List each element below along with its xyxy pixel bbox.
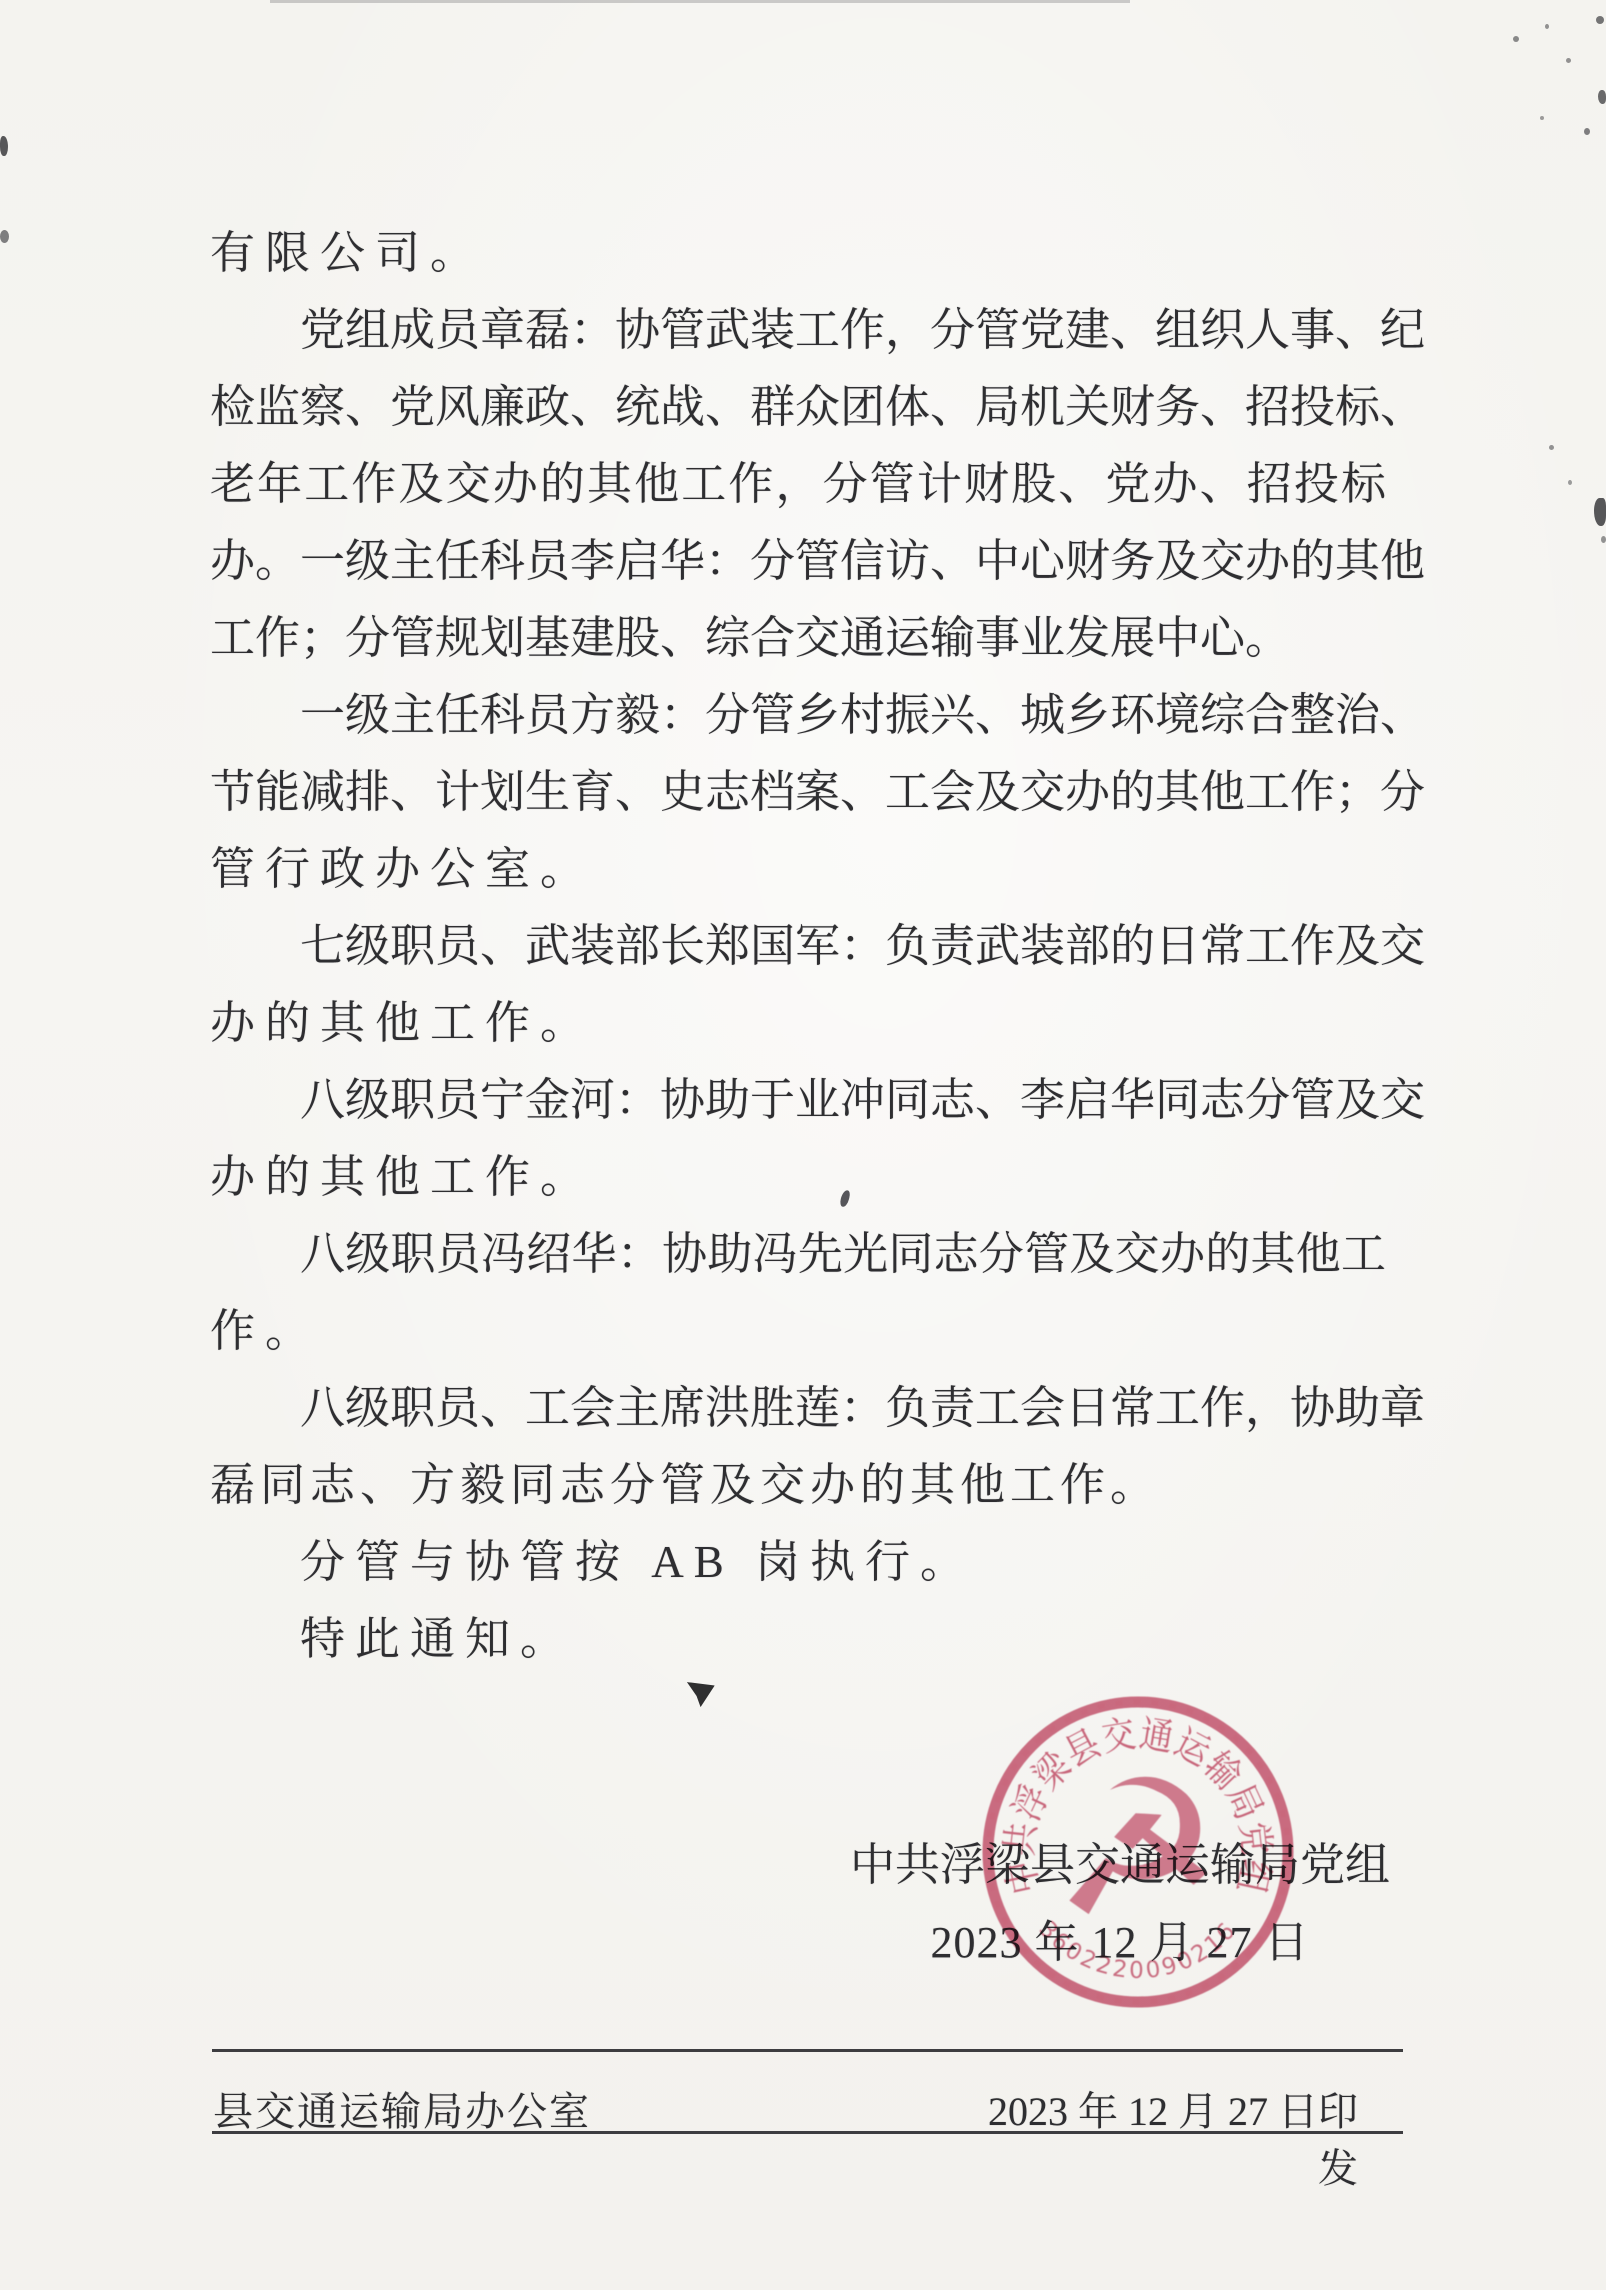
text-line: 节能减排、计划生育、史志档案、工会及交办的其他工作；分	[210, 754, 1386, 831]
scan-artifact-vmark	[685, 1682, 715, 1708]
scan-artifact	[1568, 480, 1572, 485]
text-line: 八级职员宁金河：协助于业冲同志、李启华同志分管及交	[210, 1062, 1386, 1139]
text-line: 一级主任科员方毅：分管乡村振兴、城乡环境综合整治、	[210, 677, 1386, 754]
text-line: 检监察、党风廉政、统战、群众团体、局机关财务、招投标、	[210, 369, 1386, 446]
scanned-document-page: 有限公司。党组成员章磊：协管武装工作，分管党建、组织人事、纪检监察、党风廉政、统…	[0, 0, 1606, 2290]
text-line: 一级主任科员李启华：分管信访、中心财务及交办的其他	[210, 523, 1386, 600]
text-line: 老年工作及交办的其他工作，分管计财股、党办、招投标办。	[210, 446, 1386, 523]
scan-artifact	[1596, 16, 1604, 24]
text-line: 有限公司。	[210, 215, 1386, 292]
scan-artifact	[1601, 536, 1606, 543]
scan-artifact	[1540, 116, 1544, 120]
scan-artifact	[1545, 24, 1549, 29]
signature-date: 2023 年 12 月 27 日	[820, 1904, 1420, 1981]
text-line: 管行政办公室。	[210, 831, 1386, 908]
text-line: 八级职员、工会主席洪胜莲：负责工会日常工作，协助章	[210, 1370, 1386, 1447]
scan-artifact	[1566, 58, 1571, 63]
text-line: 特此通知。	[210, 1601, 1386, 1678]
scan-artifact	[1584, 128, 1590, 135]
scan-artifact	[1598, 90, 1606, 104]
text-line: 工作；分管规划基建股、综合交通运输事业发展中心。	[210, 600, 1386, 677]
text-line: 磊同志、方毅同志分管及交办的其他工作。	[210, 1447, 1386, 1524]
scan-artifact	[0, 136, 8, 156]
text-line: 八级职员冯绍华：协助冯先光同志分管及交办的其他工	[210, 1216, 1386, 1293]
text-line: 分管与协管按 AB 岗执行。	[210, 1524, 1386, 1601]
signature-block: 中共浮梁县交通运输局党组 2023 年 12 月 27 日	[820, 1827, 1420, 1981]
signature-org: 中共浮梁县交通运输局党组	[820, 1827, 1420, 1904]
scan-artifact	[1594, 498, 1606, 526]
scan-artifact	[270, 0, 1130, 3]
text-line: 办的其他工作。	[210, 1139, 1386, 1216]
text-line: 七级职员、武装部长郑国军：负责武装部的日常工作及交	[210, 908, 1386, 985]
document-body: 有限公司。党组成员章磊：协管武装工作，分管党建、组织人事、纪检监察、党风廉政、统…	[210, 215, 1386, 1678]
footer-rule-top	[212, 2049, 1403, 2052]
text-line: 作。	[210, 1293, 1386, 1370]
scan-artifact	[1513, 36, 1519, 42]
footer-office: 县交通运输局办公室	[213, 2080, 591, 2137]
text-line: 办的其他工作。	[210, 985, 1386, 1062]
scan-artifact	[1549, 445, 1554, 450]
footer-rule-bottom	[212, 2131, 1403, 2134]
scan-artifact	[0, 230, 9, 243]
text-line: 党组成员章磊：协管武装工作，分管党建、组织人事、纪	[210, 292, 1386, 369]
footer-print-date: 2023 年 12 月 27 日印发	[950, 2080, 1358, 2194]
